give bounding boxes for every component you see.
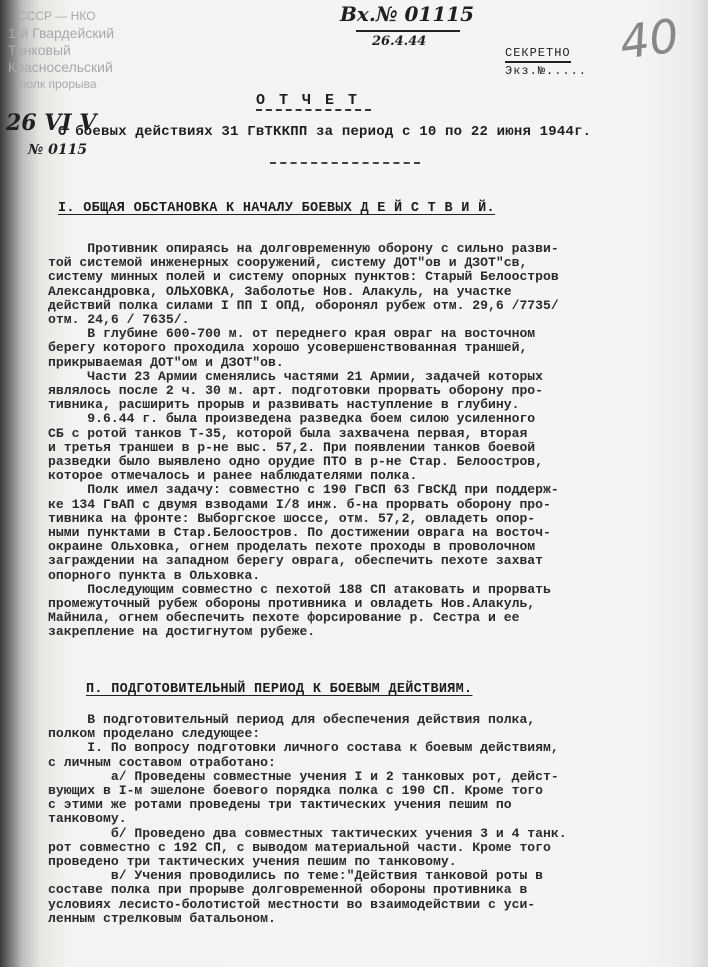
text-line: промежуточный рубеж обороны противника и…	[48, 597, 688, 611]
stamp-line: полк прорыва	[8, 76, 114, 93]
text-line: Последующим совместно с пехотой 188 СП а…	[48, 583, 688, 597]
copy-number: Экз.№.....	[505, 64, 587, 78]
text-line: той системой инженерных сооружений, сист…	[48, 256, 688, 270]
text-line: окраине Ольховка, огнем проделать пехоте…	[48, 540, 688, 554]
text-line: опорного пункта в Ольховка.	[48, 569, 688, 583]
text-line: проведено три тактических учения пешим п…	[48, 855, 688, 869]
text-line: разведки было выявлено одно орудие ПТО в…	[48, 455, 688, 469]
text-line: систему минных полей и систему опорных п…	[48, 270, 688, 284]
document-number: № 0115	[28, 142, 87, 158]
registration-number: Вх.№ 01115	[340, 2, 474, 26]
stamp-line: 1-й Гвардейский	[8, 25, 114, 42]
text-line: полком проделано следующее:	[48, 727, 688, 741]
text-line: ленным стрелковым батальоном.	[48, 912, 688, 926]
text-line: действий полка силами I ПП I ОПД, оборон…	[48, 299, 688, 313]
document-page: СССР — НКО 1-й Гвардейский Танковый Крас…	[0, 0, 708, 967]
text-line: Противник опираясь на долговременную обо…	[48, 242, 688, 256]
text-line: Александровка, ОЛЬХОВКА, Заболотье Нов. …	[48, 285, 688, 299]
subtitle-underline	[270, 162, 420, 164]
stamp-line: Красносельский	[8, 59, 114, 76]
section-body: Противник опираясь на долговременную обо…	[48, 242, 688, 640]
text-line: составе полка при прорыве долговременной…	[48, 883, 688, 897]
page-number: 40	[617, 8, 682, 70]
document-title: ОТЧЕТ	[256, 92, 371, 111]
text-line: В подготовительный период для обеспечени…	[48, 713, 688, 727]
text-line: 9.6.44 г. была произведена разведка боем…	[48, 412, 688, 426]
stamp-line: СССР — НКО	[8, 8, 114, 25]
text-line: Майнила, огнем обеспечить пехоте форсиро…	[48, 611, 688, 625]
text-line: б/ Проведено два совместных тактических …	[48, 827, 688, 841]
text-line: в/ Учения проводились по теме:"Действия …	[48, 869, 688, 883]
text-line: вующих в I-м эшелоне боевого порядка пол…	[48, 784, 688, 798]
text-line: В глубине 600-700 м. от переднего края о…	[48, 327, 688, 341]
section-body: В подготовительный период для обеспечени…	[48, 713, 688, 926]
text-line: с этими же ротами проведены три тактичес…	[48, 798, 688, 812]
text-line: рот совместно с 192 СП, с выводом матери…	[48, 841, 688, 855]
text-line: которое отмечалось и ранее наблюдателями…	[48, 469, 688, 483]
section-heading: I. ОБЩАЯ ОБСТАНОВКА К НАЧАЛУ БОЕВЫХ Д Е …	[58, 201, 495, 216]
text-line: с личным составом отработано:	[48, 756, 688, 770]
regiment-stamp: СССР — НКО 1-й Гвардейский Танковый Крас…	[8, 8, 114, 93]
text-line: I. По вопросу подготовки личного состава…	[48, 741, 688, 755]
document-subtitle: О боевых действиях 31 ГвТККПП за период …	[58, 124, 591, 140]
stamp-line: Танковый	[8, 42, 114, 59]
text-line: тивника на фронте: Выборгское шоссе, отм…	[48, 512, 688, 526]
secrecy-label: СЕКРЕТНО	[505, 46, 571, 63]
text-line: танковому.	[48, 812, 688, 826]
text-line: и третья траншеи в р-не выс. 57,2. При п…	[48, 441, 688, 455]
text-line: Части 23 Армии сменялись частями 21 Арми…	[48, 370, 688, 384]
text-line: отм. 24,6 / 7635/.	[48, 313, 688, 327]
text-line: закрепление на достигнутом рубеже.	[48, 625, 688, 639]
text-line: СБ с ротой танков Т-35, которой была зах…	[48, 427, 688, 441]
text-line: берегу которого проходила хорошо усоверш…	[48, 341, 688, 355]
secrecy-mark: СЕКРЕТНО Экз.№.....	[505, 46, 587, 78]
text-line: Полк имел задачу: совместно с 190 ГвСП 6…	[48, 483, 688, 497]
text-line: условиях лесисто-болотистой местности во…	[48, 898, 688, 912]
text-line: а/ Проведены совместные учения I и 2 тан…	[48, 770, 688, 784]
registration-date: 26.4.44	[372, 34, 426, 49]
text-line: ными пунктами в Стар.Белоостров. По дост…	[48, 526, 688, 540]
text-line: заграждении на западном берегу оврага, о…	[48, 554, 688, 568]
text-line: тивника, расширить прорыв и развивать на…	[48, 398, 688, 412]
text-line: являлось после 2 ч. 30 м. арт. подготовк…	[48, 384, 688, 398]
section-heading: П. ПОДГОТОВИТЕЛЬНЫЙ ПЕРИОД К БОЕВЫМ ДЕЙС…	[86, 682, 472, 697]
text-line: прикрываемая ДОТ"ом и ДЗОТ"ов.	[48, 356, 688, 370]
text-line: ке 134 ГвАП с двумя взводами I/8 инж. б-…	[48, 498, 688, 512]
registration-divider	[356, 30, 460, 32]
